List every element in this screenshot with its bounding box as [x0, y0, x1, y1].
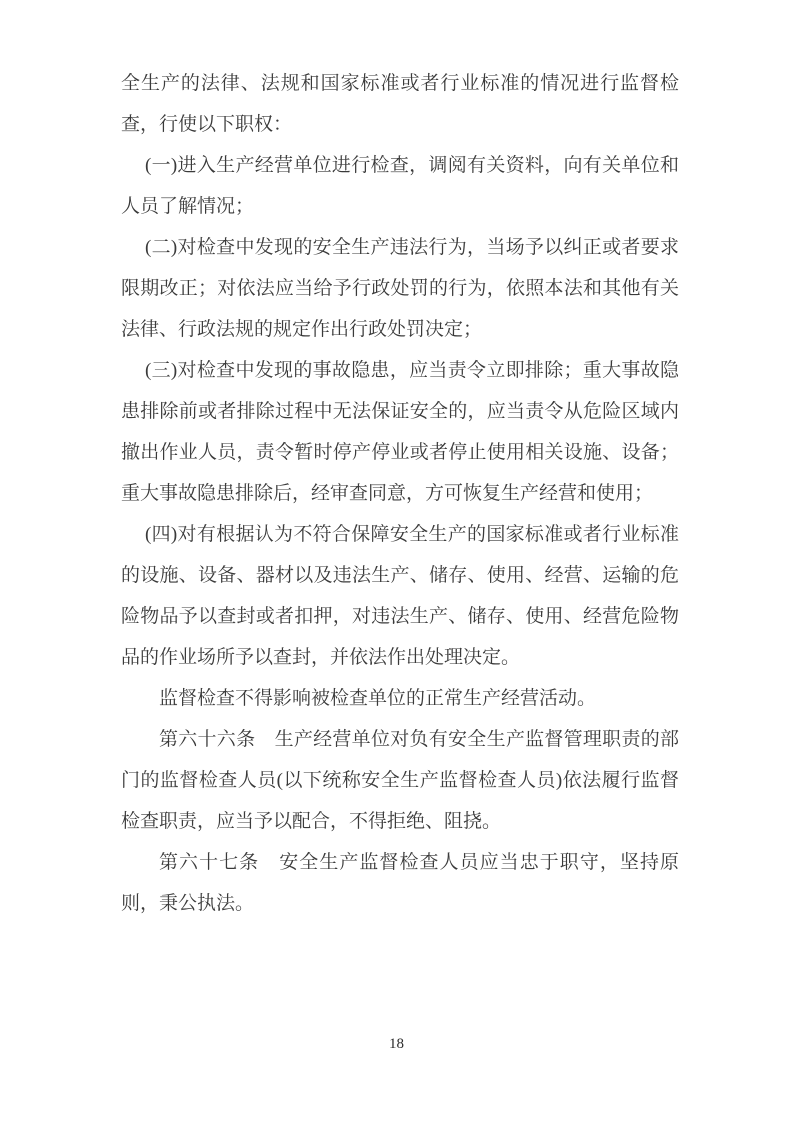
- paragraph-item-1: (一)进入生产经营单位进行检查，调阅有关资料，向有关单位和人员了解情况；: [121, 145, 679, 227]
- paragraph-continuation: 全生产的法律、法规和国家标准或者行业标准的情况进行监督检查，行使以下职权：: [121, 63, 679, 145]
- paragraph-supervision-note: 监督检查不得影响被检查单位的正常生产经营活动。: [121, 678, 679, 719]
- paragraph-article-67: 第六十七条 安全生产监督检查人员应当忠于职守，坚持原则，秉公执法。: [121, 842, 679, 924]
- paragraph-article-66: 第六十六条 生产经营单位对负有安全生产监督管理职责的部门的监督检查人员(以下统称…: [121, 719, 679, 842]
- paragraph-item-4: (四)对有根据认为不符合保障安全生产的国家标准或者行业标准的设施、设备、器材以及…: [121, 514, 679, 678]
- document-body: 全生产的法律、法规和国家标准或者行业标准的情况进行监督检查，行使以下职权： (一…: [121, 63, 679, 924]
- paragraph-item-2: (二)对检查中发现的安全生产违法行为，当场予以纠正或者要求限期改正；对依法应当给…: [121, 227, 679, 350]
- paragraph-item-3: (三)对检查中发现的事故隐患，应当责令立即排除；重大事故隐患排除前或者排除过程中…: [121, 350, 679, 514]
- page-number: 18: [0, 1036, 793, 1053]
- document-page: 全生产的法律、法规和国家标准或者行业标准的情况进行监督检查，行使以下职权： (一…: [0, 0, 793, 1122]
